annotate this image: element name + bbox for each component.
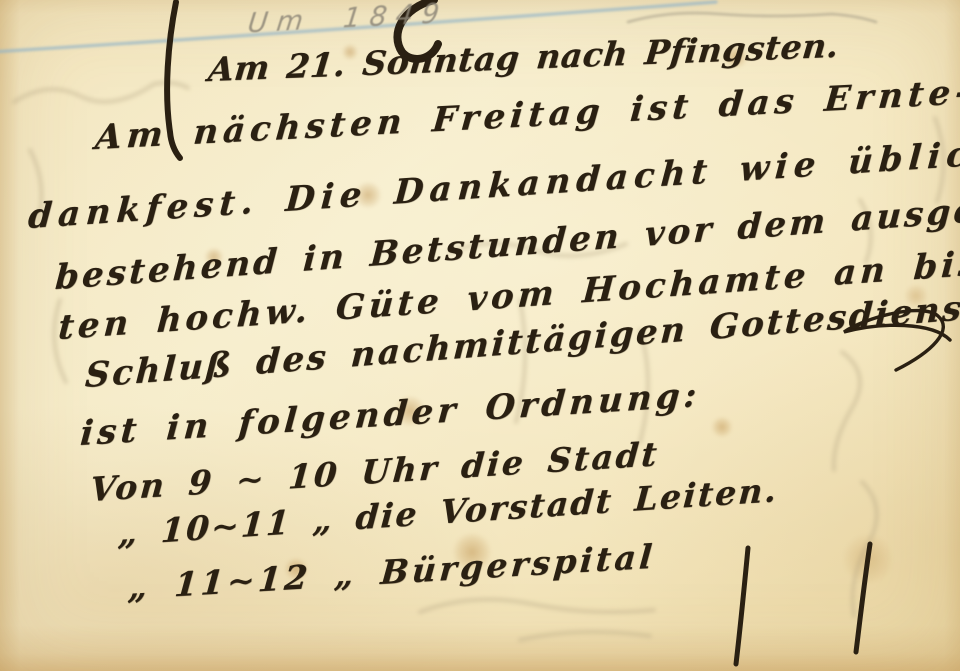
paper-stain xyxy=(842,534,894,584)
pencil-annotation: Um 1849 xyxy=(246,0,450,39)
pencil-squiggle xyxy=(628,13,876,22)
paper-stain xyxy=(711,417,733,437)
manuscript-page: Um 1849 Am 21. Sonntag nach Pfingsten. A… xyxy=(0,0,960,671)
